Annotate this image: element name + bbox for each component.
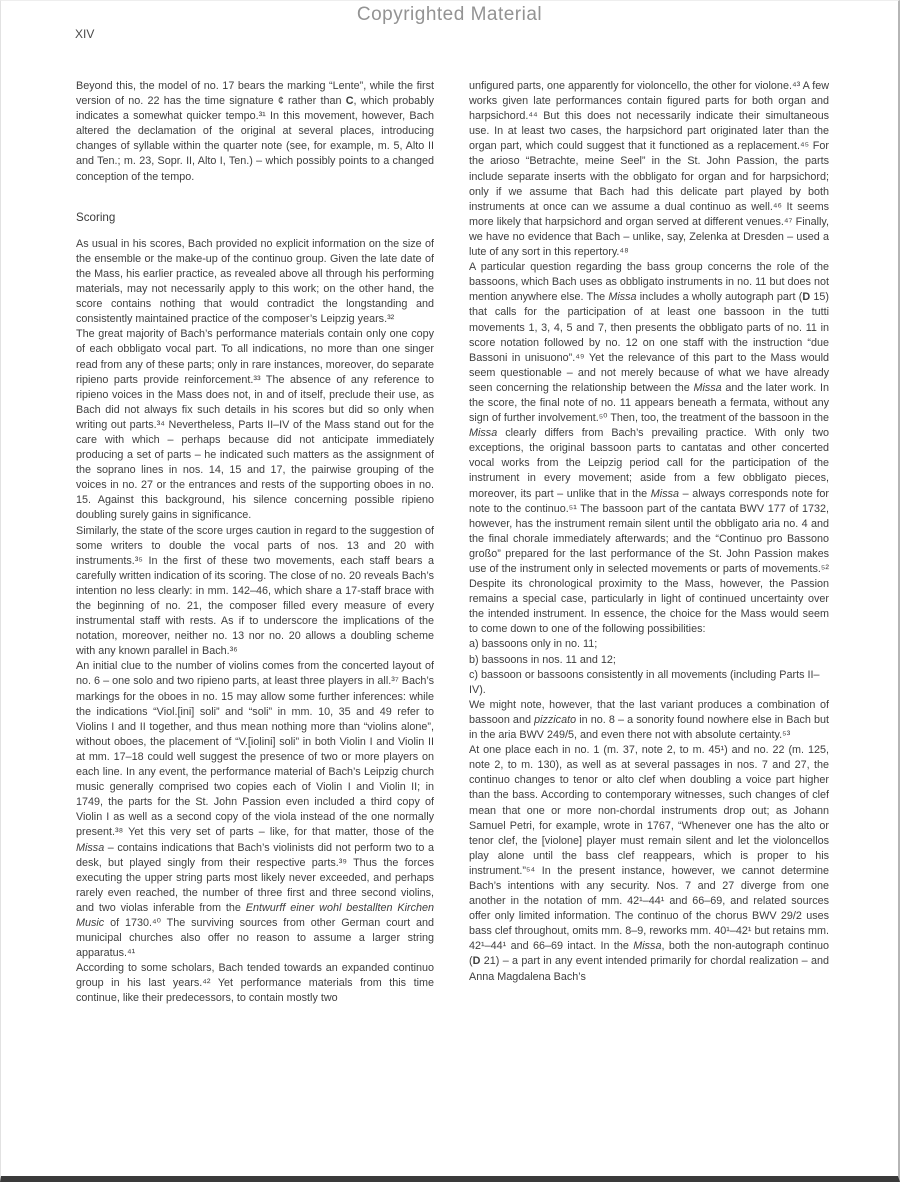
- list-item: a) bassoons only in no. 11;: [469, 637, 829, 652]
- paragraph: Similarly, the state of the score urges …: [76, 524, 434, 660]
- paragraph: According to some scholars, Bach tended …: [76, 961, 434, 1006]
- section-heading: Scoring: [76, 210, 434, 225]
- copyright-notice: Copyrighted Material: [1, 4, 898, 26]
- scanned-page: Copyrighted Material XIV Beyond this, th…: [0, 0, 900, 1182]
- paragraph: An initial clue to the number of violins…: [76, 659, 434, 961]
- paragraph: Beyond this, the model of no. 17 bears t…: [76, 79, 434, 185]
- right-text-column: unfigured parts, one apparently for viol…: [469, 79, 829, 985]
- paragraph: As usual in his scores, Bach provided no…: [76, 237, 434, 328]
- paragraph: A particular question regarding the bass…: [469, 260, 829, 637]
- list-item: b) bassoons in nos. 11 and 12;: [469, 653, 829, 668]
- page-number: XIV: [75, 27, 94, 41]
- paragraph: At one place each in no. 1 (m. 37, note …: [469, 743, 829, 985]
- paragraph: We might note, however, that the last va…: [469, 698, 829, 743]
- left-text-column: Beyond this, the model of no. 17 bears t…: [76, 79, 434, 1007]
- paragraph: The great majority of Bach’s performance…: [76, 327, 434, 523]
- paragraph: unfigured parts, one apparently for viol…: [469, 79, 829, 260]
- list-item: c) bassoon or bassoons consistently in a…: [469, 668, 829, 698]
